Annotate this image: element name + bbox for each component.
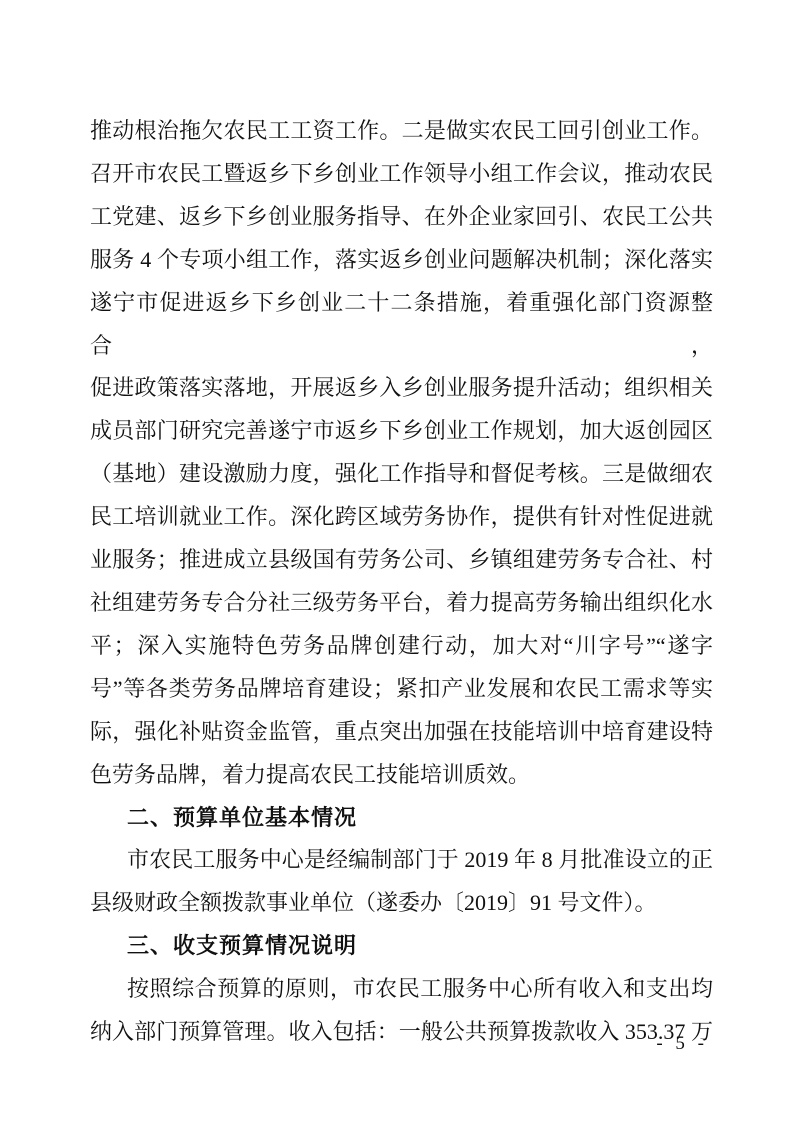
body-line: 平；深入实施特色劳务品牌创建行动，加大对“川字号”“遂字 [90,625,713,668]
body-line: 工党建、返乡下乡创业服务指导、在外企业家回引、农民工公共 [90,196,713,239]
body-line: （基地）建设激励力度，强化工作指导和督促考核。三是做细农 [90,453,713,496]
body-line: 服务 4 个专项小组工作，落实返乡创业问题解决机制；深化落实 [90,239,713,282]
document-page: 推动根治拖欠农民工工资工作。二是做实农民工回引创业工作。 召开市农民工暨返乡下乡… [0,0,793,1122]
body-line: 民工培训就业工作。深化跨区域劳务协作，提供有针对性促进就 [90,496,713,539]
page-number: - 5 - [656,1033,708,1055]
body-line: 际，强化补贴资金监管，重点突出加强在技能培训中培育建设特 [90,711,713,754]
body-line: 纳入部门预算管理。收入包括：一般公共预算拨款收入 353.37 万 [90,1011,713,1054]
body-line: 召开市农民工暨返乡下乡创业工作领导小组工作会议，推动农民 [90,153,713,196]
document-body: 推动根治拖欠农民工工资工作。二是做实农民工回引创业工作。 召开市农民工暨返乡下乡… [90,110,713,1054]
body-line: 业服务；推进成立县级国有劳务公司、乡镇组建劳务专合社、村 [90,539,713,582]
section-heading-budget-explanation: 三、收支预算情况说明 [90,925,713,968]
section-heading-basic-info: 二、预算单位基本情况 [90,797,713,840]
body-line: 市农民工服务中心是经编制部门于 2019 年 8 月批准设立的正 [90,839,713,882]
body-line: 推动根治拖欠农民工工资工作。二是做实农民工回引创业工作。 [90,110,713,153]
body-line: 社组建劳务专合分社三级劳务平台，着力提高劳务输出组织化水 [90,582,713,625]
body-line: 按照综合预算的原则，市农民工服务中心所有收入和支出均 [90,968,713,1011]
body-line: 号”等各类劳务品牌培育建设；紧扣产业发展和农民工需求等实 [90,668,713,711]
body-line: 色劳务品牌，着力提高农民工技能培训质效。 [90,754,713,797]
body-line: 县级财政全额拨款事业单位（遂委办〔2019〕91 号文件）。 [90,882,713,925]
body-line: 成员部门研究完善遂宁市返乡下乡创业工作规划，加大返创园区 [90,410,713,453]
body-line: 遂宁市促进返乡下乡创业二十二条措施，着重强化部门资源整合， [90,282,713,368]
body-line: 促进政策落实落地，开展返乡入乡创业服务提升活动；组织相关 [90,367,713,410]
